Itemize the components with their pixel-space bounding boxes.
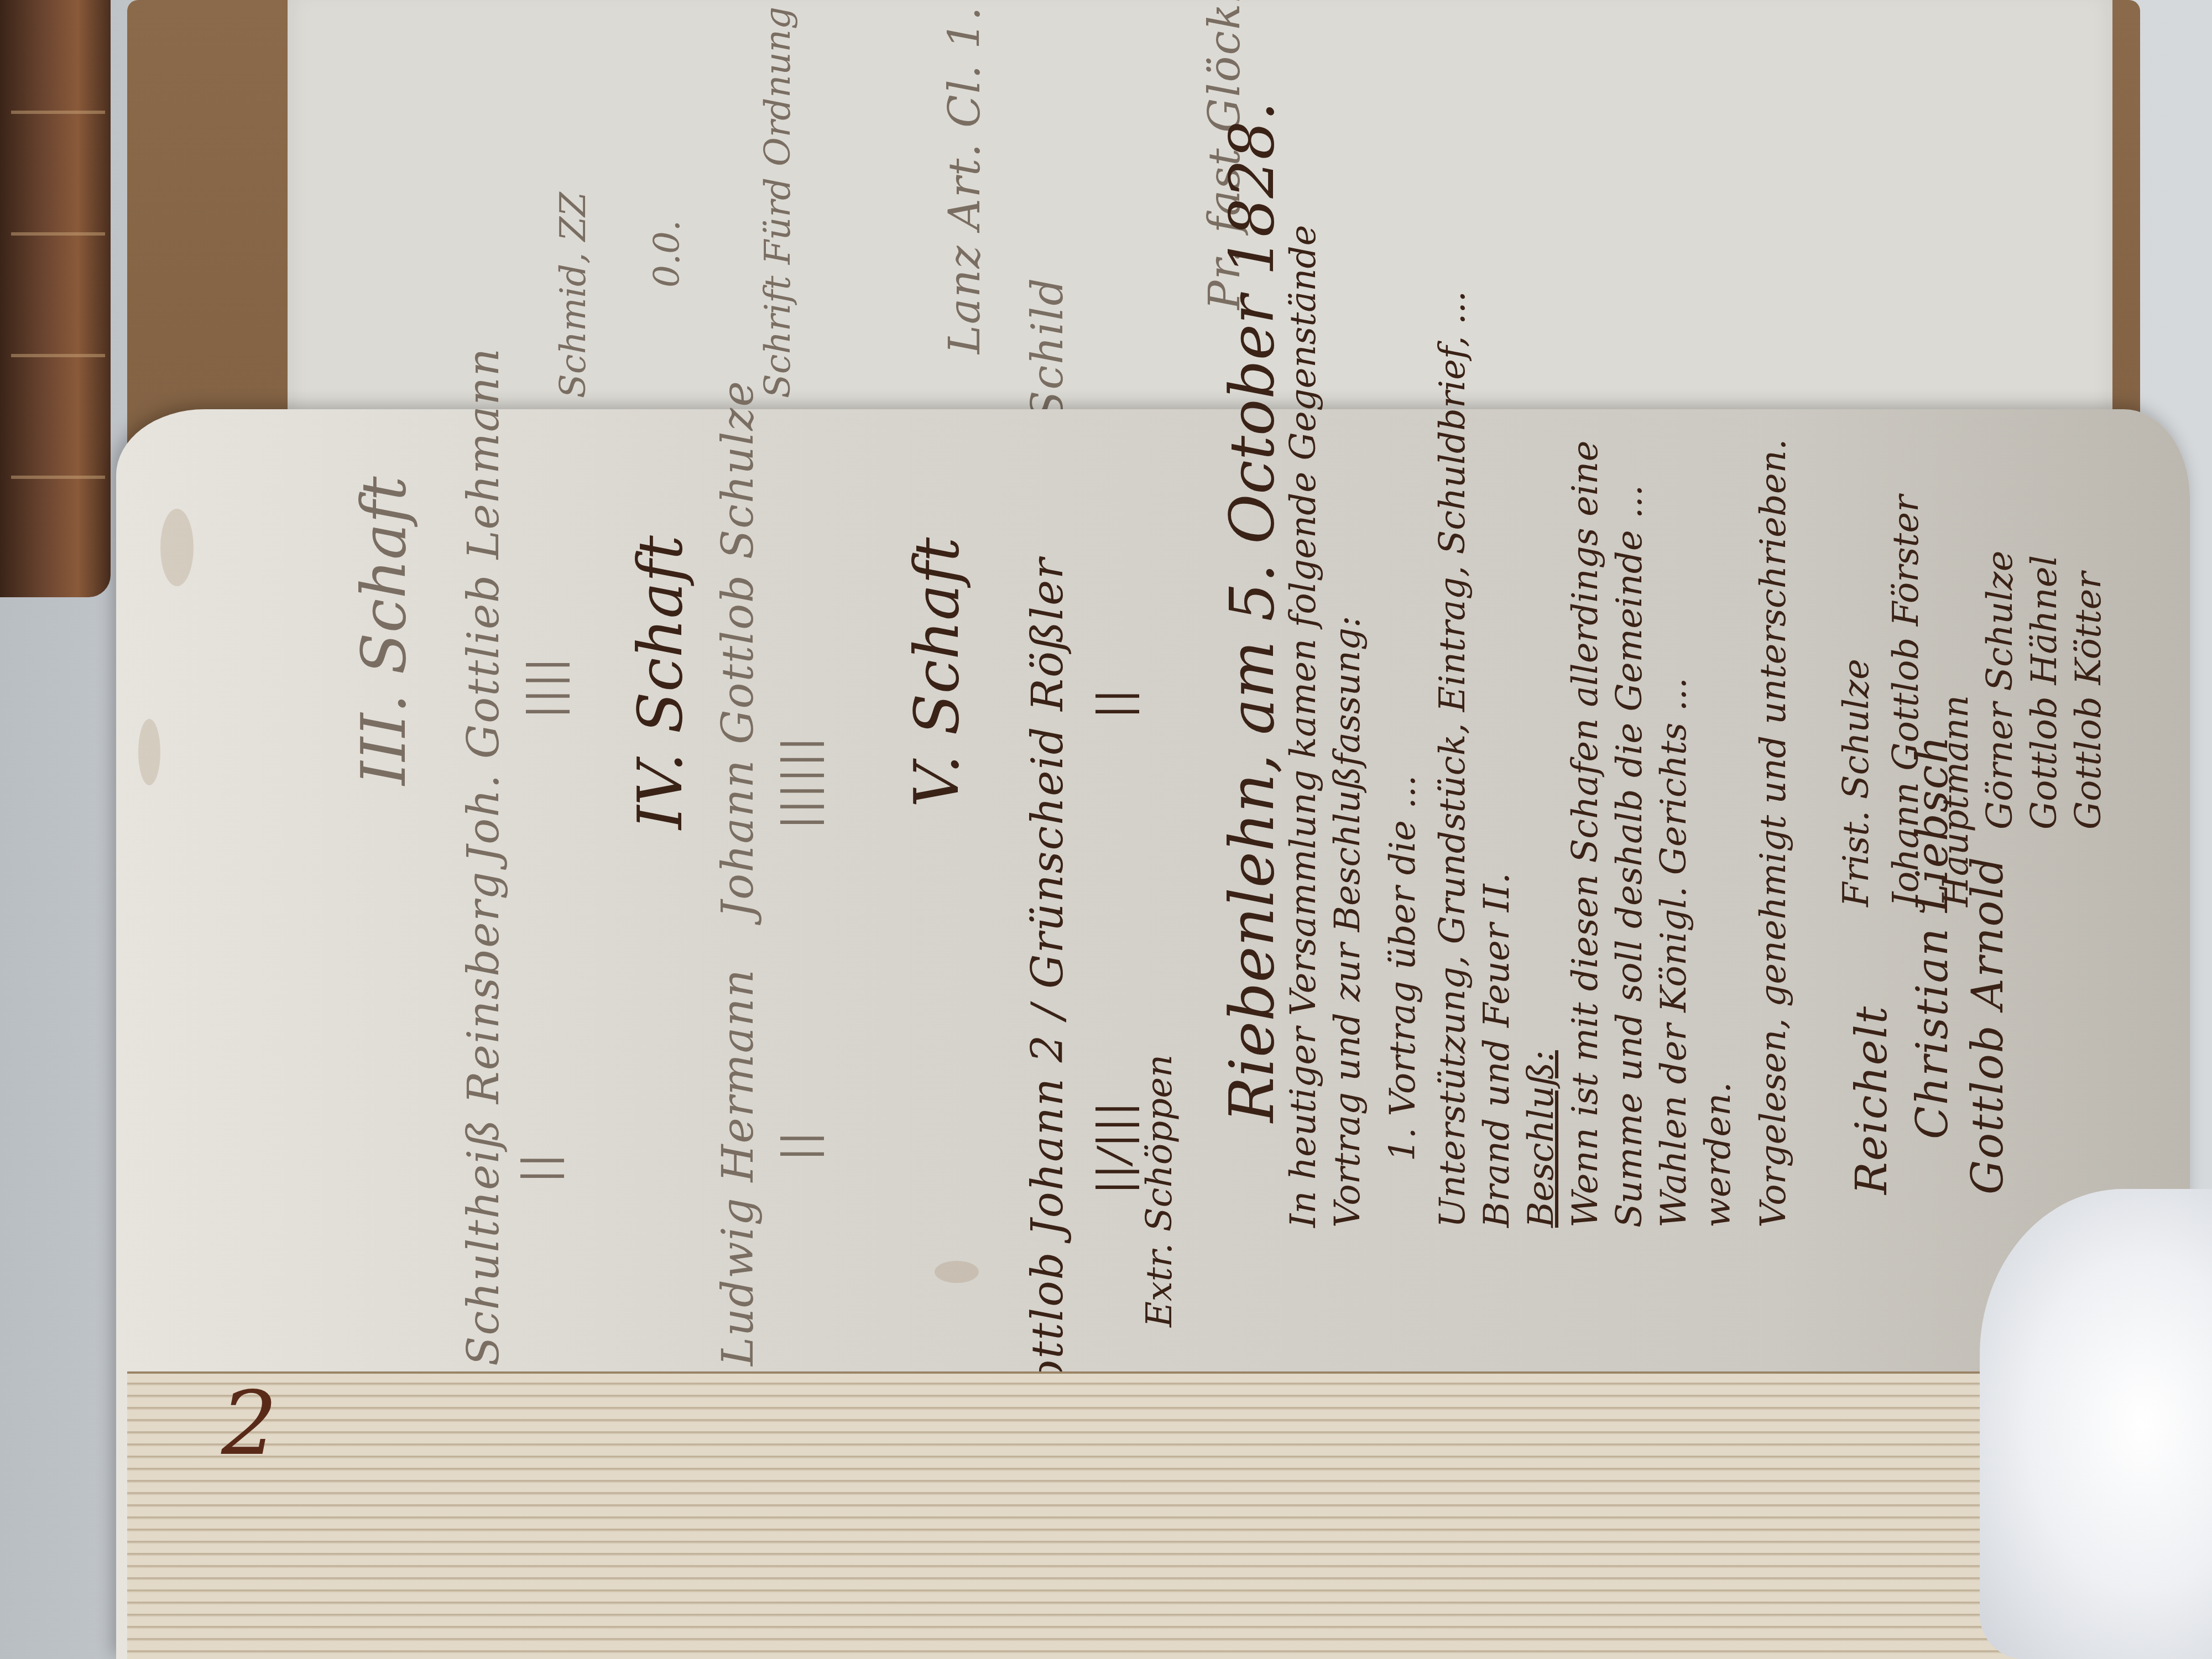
entry-line: Unterstützung, Grundstück, Eintrag, Schu… — [1432, 291, 1473, 1228]
signature: Hauptmann — [1936, 695, 1976, 907]
entry-line: Summe und soll deshalb die Gemeinde ... — [1609, 485, 1650, 1228]
entry-section-label: Beschluß: — [1521, 1050, 1562, 1228]
top-page-line: Schild — [1023, 277, 1073, 420]
entry-line: Wenn ist mit diesen Schafen allerdings e… — [1565, 441, 1606, 1228]
section-heading: III. Schaft — [348, 476, 419, 785]
entry-name: Ludwig Hermann — [713, 968, 763, 1366]
ledger-page-top: Pr. fast Glöckl 48. Lanz Art. Cl. 1. Mit… — [288, 0, 2112, 446]
entry-tally: || — [774, 1130, 824, 1161]
signature: Frist. Schulze — [1836, 659, 1877, 907]
entry-tally: |||| — [520, 656, 570, 719]
entry-heading: Riebenlehn, am 5. October 1828. — [1217, 102, 1287, 1123]
entry-name: Schultheiß Reinsberg — [459, 870, 509, 1366]
entry-line: Brand und Feuer II. — [1477, 873, 1517, 1228]
signature: Gottlob Hähnel — [2024, 555, 2065, 830]
entry-line: Vortrag und zur Beschlußfassung: — [1327, 615, 1368, 1228]
signature: Reichelt — [1847, 1005, 1897, 1194]
signature: Görner Schulze — [1980, 551, 2021, 830]
top-page-line: Lanz Art. Cl. 1. Mit — [940, 0, 990, 354]
entry-line: Vorgelesen, genehmigt und unterschrieben… — [1753, 439, 1794, 1228]
signature: Johann Gottlob Förster — [1886, 495, 1927, 907]
top-page-line: 0.0. — [647, 220, 688, 288]
adjacent-book-spine — [0, 0, 111, 597]
top-page-line: Schrift Fürd Ordnung — [758, 7, 799, 398]
entry-line: 1. Vortrag über die ... — [1383, 775, 1423, 1161]
page-number: 2 — [221, 1371, 278, 1475]
entry-tally: || — [514, 1152, 564, 1183]
entry-name: Joh. Gottlieb Lehmann — [459, 347, 509, 863]
entry-line: Wahlen der Königl. Gerichts ... — [1653, 677, 1694, 1228]
entry-tally: || — [1089, 687, 1139, 719]
entry-line: In heutiger Versammlung kamen folgende G… — [1283, 225, 1324, 1228]
entry-name: Johann Gottlob Schulze — [713, 380, 763, 918]
page-stack-edge — [127, 1371, 2118, 1659]
entry-name: Gottlob Johann 2 / Grünscheid Rößler — [1023, 557, 1073, 1421]
entry-name: Extr. Schöppen — [1139, 1055, 1180, 1327]
entry-tally: ||/||| — [1089, 1100, 1139, 1194]
section-heading: V. Schaft — [901, 538, 972, 807]
white-glove — [1980, 1189, 2212, 1659]
signature: Gottlob Kötter — [2068, 572, 2109, 830]
section-heading: IV. Schaft — [625, 535, 696, 830]
entry-tally: |||||| — [774, 735, 824, 830]
top-page-line: Schmid, ZZ — [553, 192, 594, 398]
entry-line: werden. — [1698, 1082, 1739, 1228]
